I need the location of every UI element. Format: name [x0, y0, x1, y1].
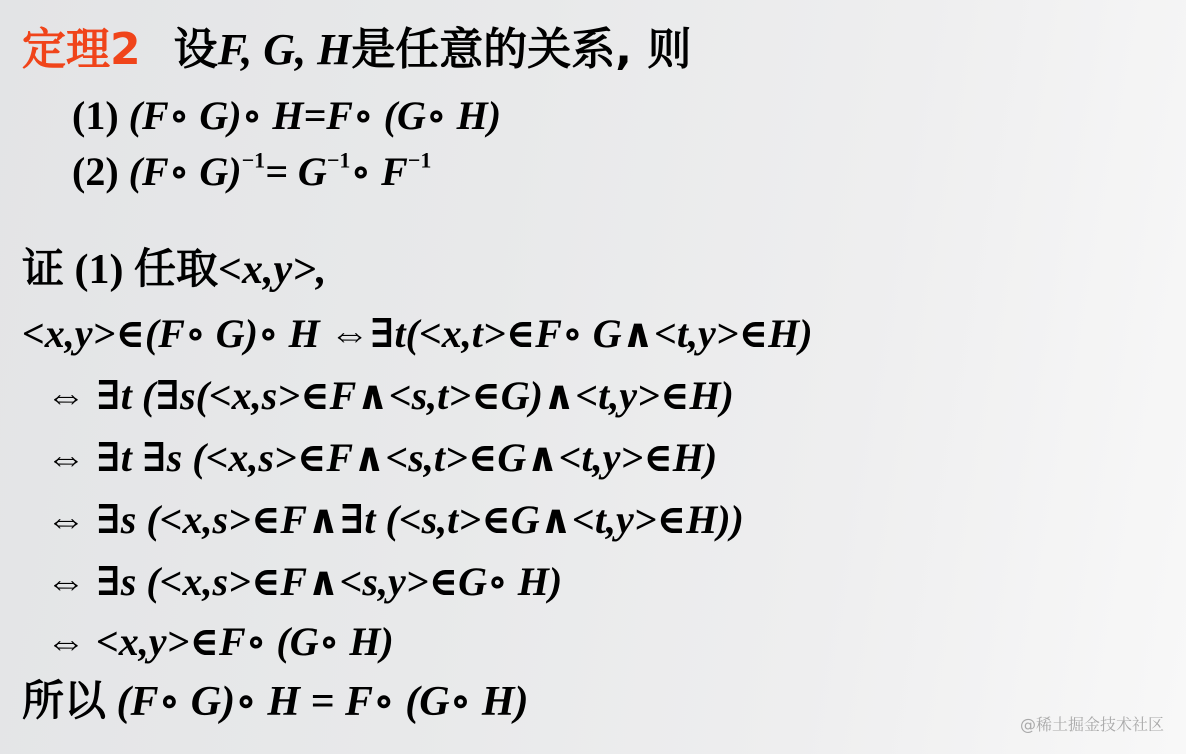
formula-eq: = G [265, 149, 327, 194]
proof-step-1: <x,y>∈(F∘ G)∘ H ⇔∃t(<x,t>∈F∘ G∧<t,y>∈H) [22, 314, 813, 354]
proof-step-text: ⇔ ∃s (<x,s>∈F∧∃t (<s,t>∈G∧<t,y>∈H)) [46, 497, 744, 542]
proof-heading: 证 (1) 任取<x,y>, [22, 248, 327, 291]
proof-step-2: ⇔ ∃t (∃s(<x,s>∈F∧<s,t>∈G)∧<t,y>∈H) [46, 376, 734, 416]
proof-part: (1) [75, 247, 124, 293]
proof-step-text: ⇔ <x,y>∈F∘ (G∘ H) [46, 619, 394, 664]
theorem-statement-suffix: 是任意的关系, 则 [351, 24, 691, 75]
proof-label: 证 [22, 244, 64, 293]
inverse-sup: −1 [408, 147, 432, 172]
theorem-label: 定理2 [22, 24, 141, 75]
inverse-sup: −1 [242, 147, 266, 172]
proof-step-text: <x,y>∈(F∘ G)∘ H ⇔∃t(<x,t>∈F∘ G∧<t,y>∈H) [22, 311, 813, 356]
theorem-heading: 定理2 设F, G, H是任意的关系, 则 [22, 28, 691, 72]
proof-step-text: ⇔ ∃t (∃s(<x,s>∈F∧<s,t>∈G)∧<t,y>∈H) [46, 373, 734, 418]
proof-take-var: <x,y>, [218, 247, 327, 293]
proof-step-5: ⇔ ∃s (<x,s>∈F∧<s,y>∈G∘ H) [46, 562, 562, 602]
theorem-statement-vars: F, G, H [218, 25, 352, 74]
proof-take: 任取 [134, 244, 218, 293]
formula-mid: ∘ F [350, 149, 407, 194]
proof-step-6: ⇔ <x,y>∈F∘ (G∘ H) [46, 622, 394, 662]
inverse-sup: −1 [327, 147, 351, 172]
proof-step-4: ⇔ ∃s (<x,s>∈F∧∃t (<s,t>∈G∧<t,y>∈H)) [46, 500, 744, 540]
proof-conclusion: 所以 (F∘ G)∘ H = F∘ (G∘ H) [22, 680, 529, 723]
theorem-statement-prefix: 设 [174, 24, 218, 75]
item-formula: (F∘ G)∘ H=F∘ (G∘ H) [129, 93, 501, 138]
item-number: (2) [72, 149, 119, 194]
theorem-item-1: (1) (F∘ G)∘ H=F∘ (G∘ H) [72, 96, 501, 136]
proof-step-3: ⇔ ∃t ∃s (<x,s>∈F∧<s,t>∈G∧<t,y>∈H) [46, 438, 717, 478]
item-number: (1) [72, 93, 119, 138]
watermark: @稀土掘金技术社区 [1020, 712, 1164, 735]
formula-lhs: (F∘ G) [129, 149, 242, 194]
proof-step-text: ⇔ ∃s (<x,s>∈F∧<s,y>∈G∘ H) [46, 559, 562, 604]
proof-step-text: ⇔ ∃t ∃s (<x,s>∈F∧<s,t>∈G∧<t,y>∈H) [46, 435, 717, 480]
conclusion-formula: (F∘ G)∘ H = F∘ (G∘ H) [117, 679, 529, 725]
conclusion-label: 所以 [22, 676, 106, 725]
theorem-item-2: (2) (F∘ G)−1= G−1∘ F−1 [72, 152, 431, 192]
